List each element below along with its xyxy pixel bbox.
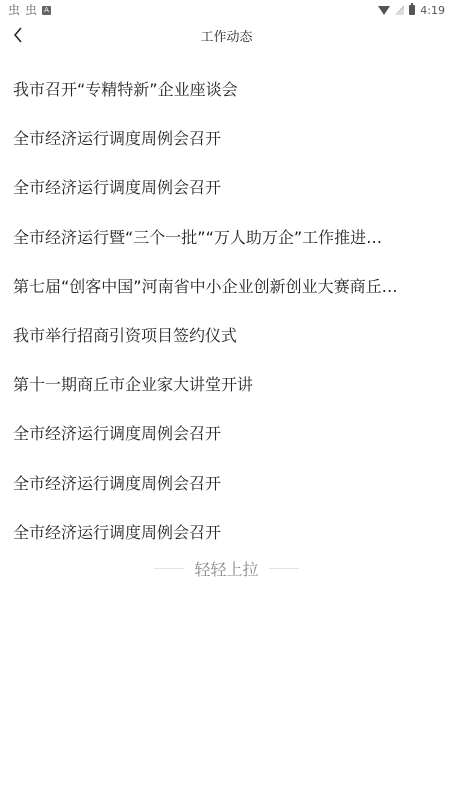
notification-icon: 虫: [25, 4, 37, 16]
list-item[interactable]: 第十一期商丘市企业家大讲堂开讲: [0, 359, 453, 408]
status-right: 4:19: [378, 4, 445, 17]
list-item[interactable]: 全市经济运行调度周例会召开: [0, 507, 453, 556]
list-item-title: 全市经济运行暨“三个一批”“万人助万企”工作推进…: [13, 225, 382, 248]
news-list: 我市召开“专精特新”企业座谈会 全市经济运行调度周例会召开 全市经济运行调度周例…: [0, 64, 453, 556]
list-item[interactable]: 全市经济运行调度周例会召开: [0, 458, 453, 507]
list-item-title: 全市经济运行调度周例会召开: [13, 175, 221, 198]
list-item-title: 全市经济运行调度周例会召开: [13, 126, 221, 149]
list-item-title: 全市经济运行调度周例会召开: [13, 421, 221, 444]
notification-icon: 虫: [8, 4, 20, 16]
pull-up-hint: 轻轻上拉: [0, 556, 453, 580]
divider-right: [269, 568, 299, 569]
list-item-title: 我市举行招商引资项目签约仪式: [13, 323, 237, 346]
list-item-title: 全市经济运行调度周例会召开: [13, 520, 221, 543]
list-item-title: 第十一期商丘市企业家大讲堂开讲: [13, 372, 253, 395]
list-item[interactable]: 全市经济运行调度周例会召开: [0, 113, 453, 162]
status-time: 4:19: [420, 4, 445, 17]
list-item-title: 我市召开“专精特新”企业座谈会: [13, 77, 238, 100]
list-item[interactable]: 我市召开“专精特新”企业座谈会: [0, 64, 453, 113]
wifi-icon: [378, 6, 390, 15]
list-item[interactable]: 全市经济运行调度周例会召开: [0, 162, 453, 211]
pull-up-text: 轻轻上拉: [194, 557, 258, 580]
back-button[interactable]: [8, 23, 28, 47]
no-signal-icon: [395, 5, 404, 15]
list-item[interactable]: 全市经济运行暨“三个一批”“万人助万企”工作推进…: [0, 212, 453, 261]
chevron-left-icon: [13, 27, 23, 43]
divider-left: [154, 568, 184, 569]
battery-icon: [409, 5, 415, 15]
list-item-title: 第七届“创客中国”河南省中小企业创新创业大赛商丘…: [13, 274, 398, 297]
page-title: 工作动态: [200, 26, 252, 45]
list-item[interactable]: 第七届“创客中国”河南省中小企业创新创业大赛商丘…: [0, 261, 453, 310]
list-item-title: 全市经济运行调度周例会召开: [13, 471, 221, 494]
status-bar: 虫 虫 A 4:19: [0, 0, 453, 20]
header: 工作动态: [0, 20, 453, 50]
list-item[interactable]: 全市经济运行调度周例会召开: [0, 408, 453, 457]
list-item[interactable]: 我市举行招商引资项目签约仪式: [0, 310, 453, 359]
status-left: 虫 虫 A: [8, 4, 51, 16]
a-icon: A: [42, 6, 51, 15]
